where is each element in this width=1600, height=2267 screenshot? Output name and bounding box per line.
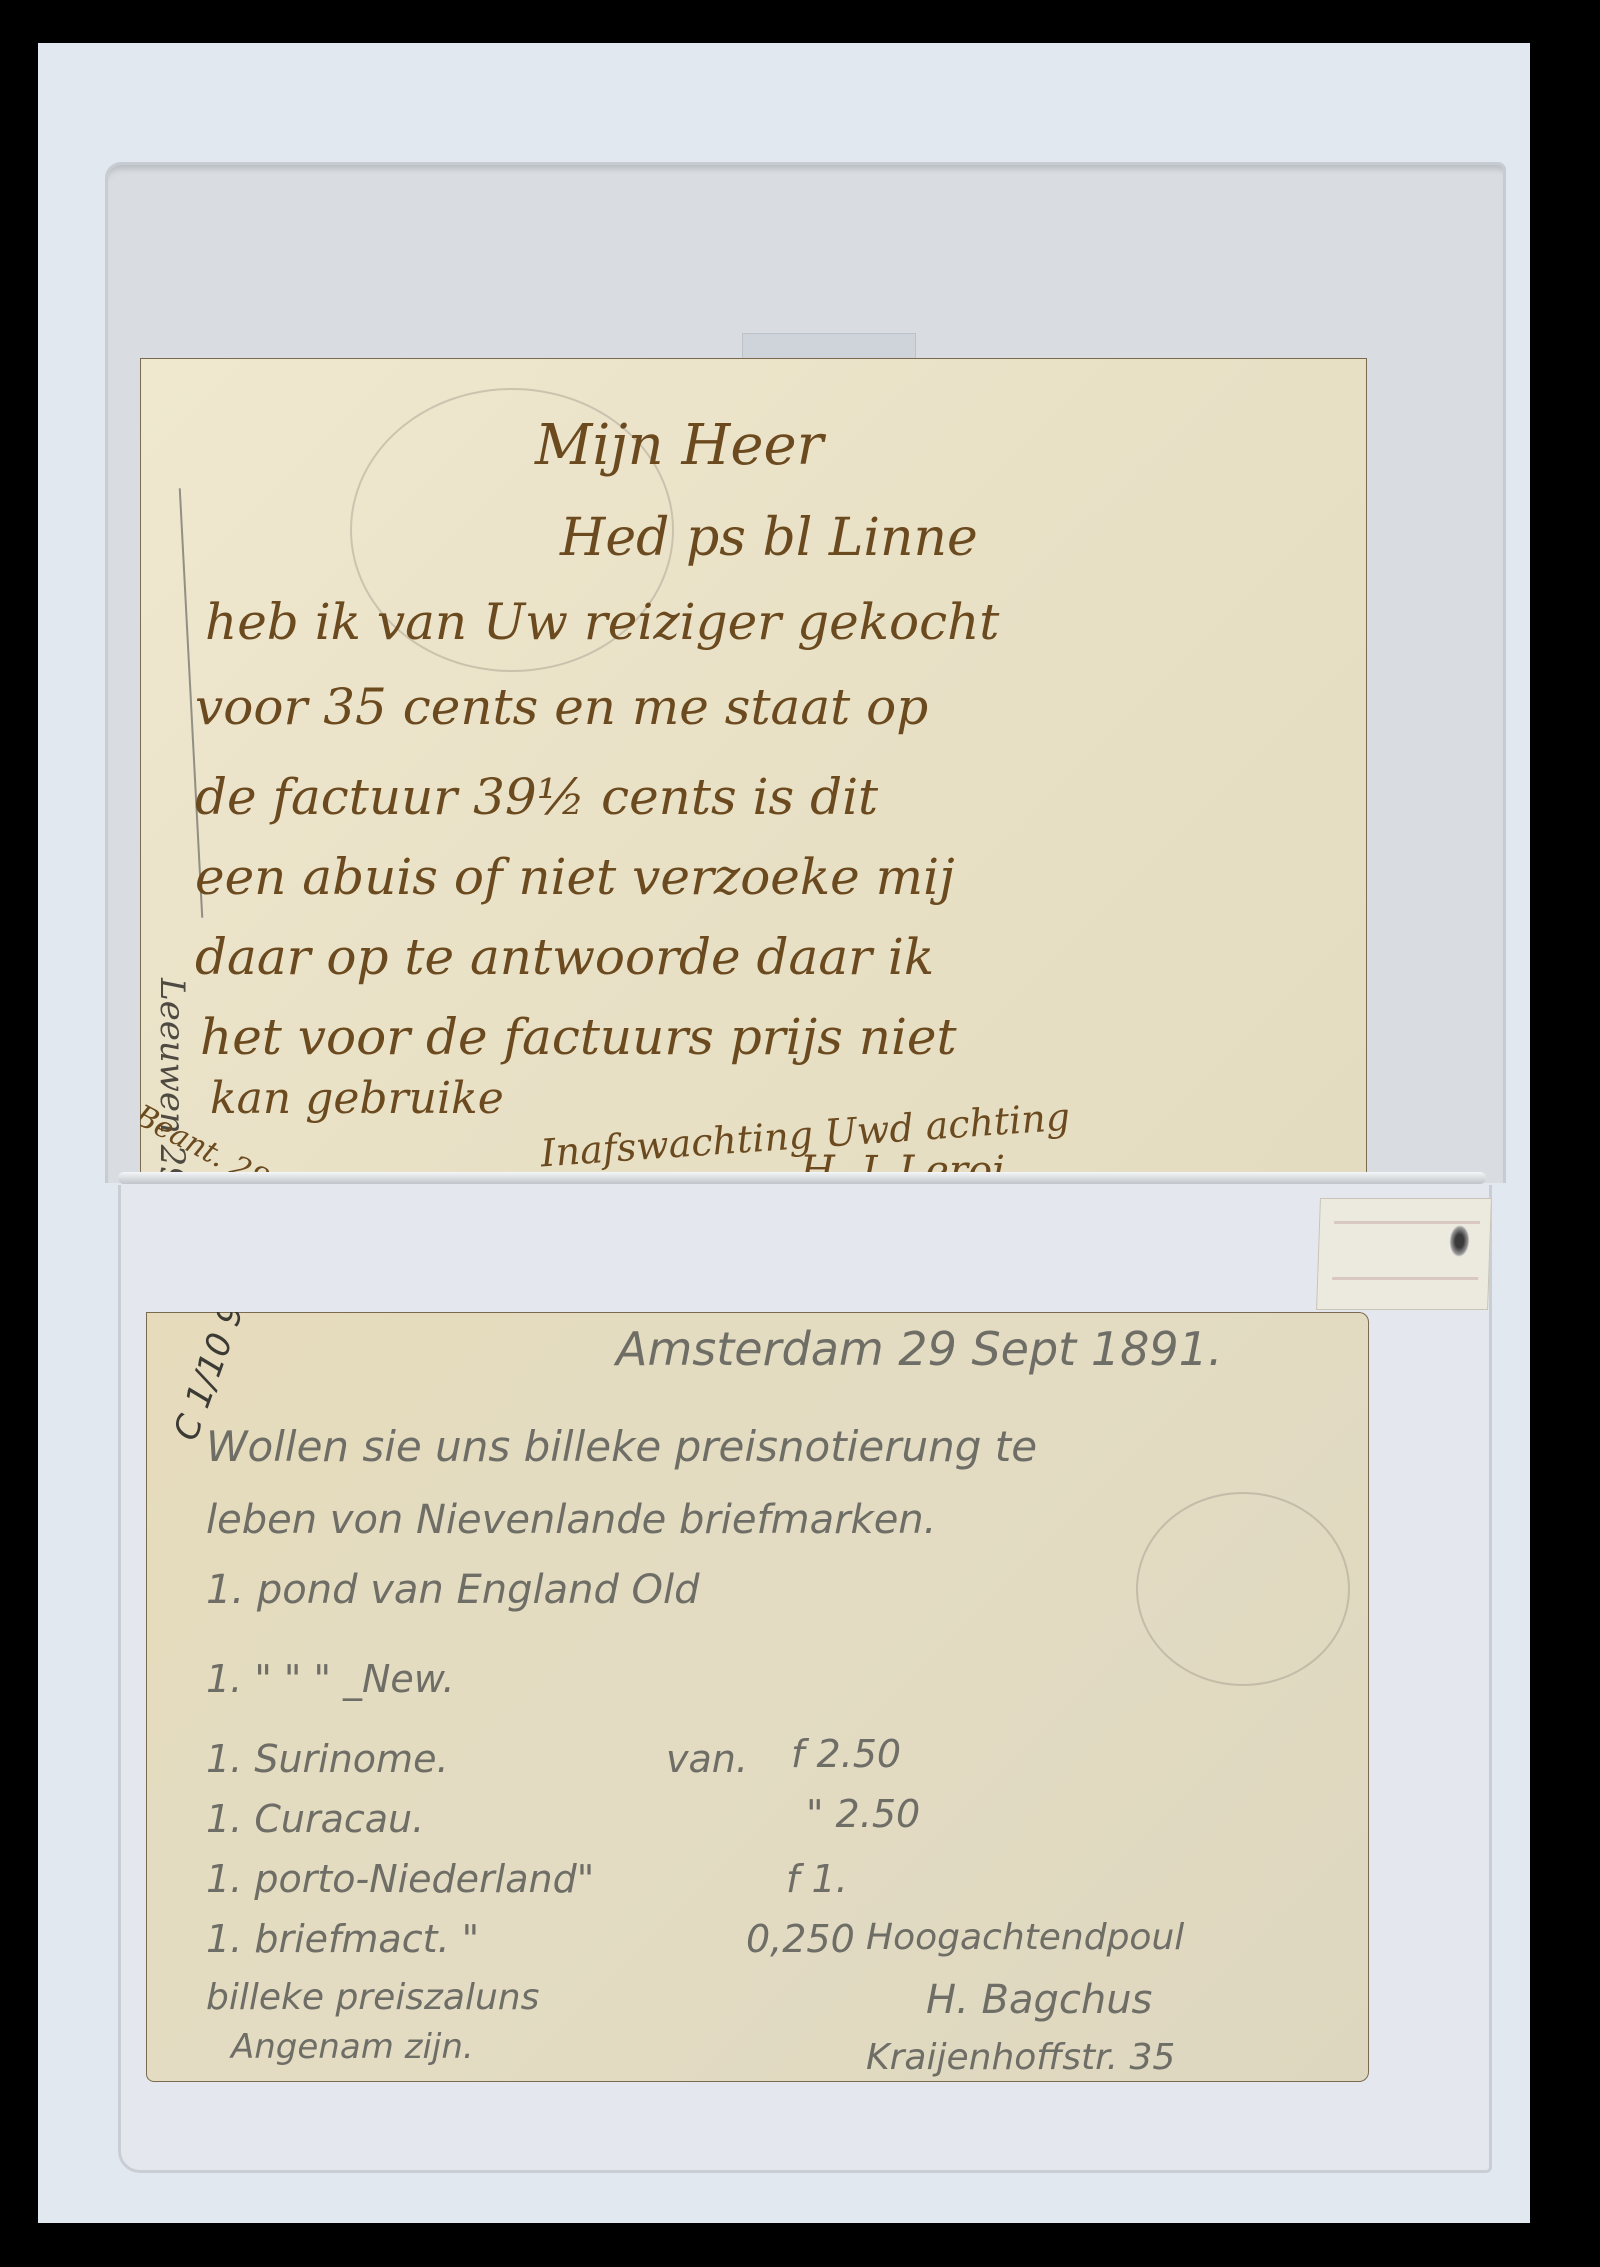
postcard-1891: C 1/10 91 Amsterdam 29 Sept 1891. Wollen… (146, 1312, 1369, 2082)
dateline: Amsterdam 29 Sept 1891. (616, 1322, 1223, 1376)
sleeve-divider (118, 1172, 1486, 1184)
price-value: 0,250 (746, 1917, 855, 1961)
price-note: van. (666, 1737, 748, 1781)
greeting: Mijn Heer (535, 413, 823, 478)
letter-line-6: daar op te antwoorde daar ik (195, 928, 934, 986)
letter-line-4: 1. " " " _New. (206, 1657, 455, 1701)
price-item: 1. Curacau. (206, 1797, 424, 1841)
letter-line-5: een abuis of niet verzoeke mij (195, 848, 955, 906)
price-value: " 2.50 (806, 1792, 920, 1836)
letter-line-8: kan gebruike (210, 1073, 504, 1124)
sleeve-tab (742, 333, 916, 359)
closing: Hoogachtendpoul (866, 1917, 1184, 1958)
price-value: f 2.50 (791, 1732, 901, 1776)
price-item: 1. briefmact. " (206, 1917, 479, 1961)
letter-line-7: het voor de factuurs prijs niet (200, 1008, 957, 1066)
address: Kraijenhoffstr. 35 (866, 2037, 1175, 2078)
price-value: f 1. (786, 1857, 848, 1901)
price-item: 1. Surinome. (206, 1737, 449, 1781)
sleeve-clip (1316, 1198, 1492, 1310)
postmark-ghost (1136, 1492, 1350, 1686)
letter-line-2: leben von Nievenlande briefmarken. (206, 1497, 936, 1543)
after-list-line-2: Angenam zijn. (231, 2027, 474, 2067)
letter-line-4: de factuur 39½ cents is dit (195, 768, 878, 826)
letter-line-2: heb ik van Uw reiziger gekocht (205, 593, 999, 651)
postcard-1883: Leeuwen 29 November 1883 Mijn Heer Hed p… (140, 358, 1367, 1182)
letter-line-3: 1. pond van England Old (206, 1567, 700, 1613)
signature: H. Bagchus (926, 1977, 1152, 2023)
after-list-line-1: billeke preiszaluns (206, 1977, 539, 2018)
letter-line-3: voor 35 cents en me staat op (195, 678, 928, 736)
letter-line-1: Hed ps bl Linne (560, 508, 978, 568)
letter-line-1: Wollen sie uns billeke preisnotierung te (206, 1422, 1037, 1471)
price-item: 1. porto-Niederland" (206, 1857, 594, 1901)
